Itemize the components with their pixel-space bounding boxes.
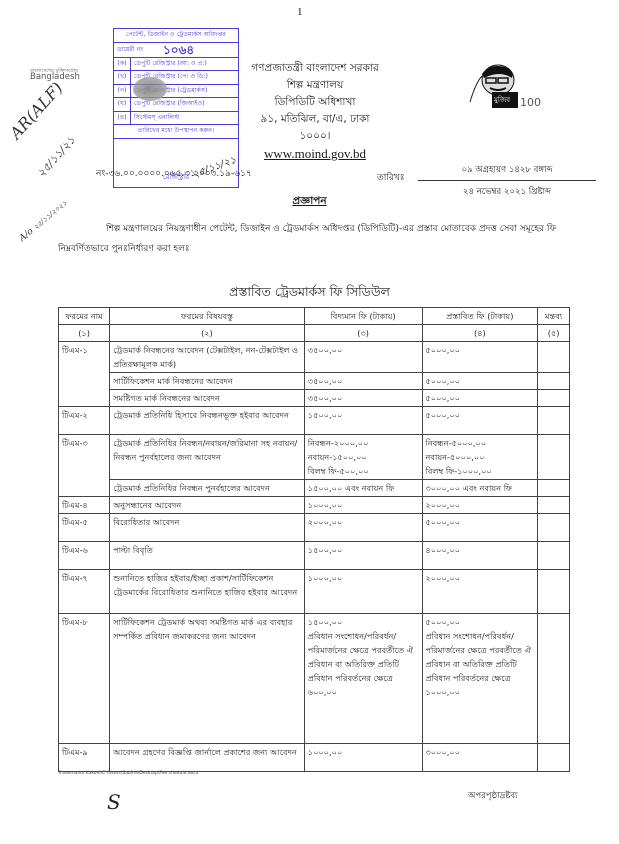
- cell-form-name: টিএম-৫: [59, 514, 110, 542]
- letterhead: গণপ্রজাতন্ত্রী বাংলাদেশ সরকার শিল্প মন্ত…: [250, 60, 380, 162]
- table-row: টিএম-৭শুনানিতে হাজির হইবার/ইচ্ছা প্রকাশ/…: [59, 570, 570, 614]
- cell-existing-fee: ৩৫০০,০০: [304, 390, 422, 407]
- cell-form-name: টিএম-৮: [59, 614, 110, 744]
- handwritten-note-ar: AR(ALF): [6, 78, 67, 142]
- mujib-borsho-logo: মুজিব 100: [460, 62, 560, 110]
- stamp-row: (ঙ)সিস্টেমস্ এনালিস্ট: [114, 112, 238, 126]
- cell-remarks: [538, 614, 570, 744]
- cell-proposed-fee: ২০০০,০০: [422, 497, 538, 514]
- page-number: 1: [297, 6, 303, 18]
- svg-text:100: 100: [520, 96, 541, 109]
- cell-remarks: [538, 570, 570, 614]
- col-header-subject: ফরমের বিষয়বস্তু: [110, 308, 305, 325]
- cell-remarks: [538, 342, 570, 373]
- stamp-diary-row: ডায়েরী নং ১০৬৪: [114, 43, 238, 58]
- table-row: সার্টিফিকেশন মার্ক নিবন্ধনের আবেদন৩৫০০,০…: [59, 373, 570, 390]
- col-number: (৫): [538, 325, 570, 342]
- col-header-form: ফরমের নাম: [59, 308, 110, 325]
- stamp-row: (ক)ডেপুটি রেজিস্ট্রার (আ: ও প্র:): [114, 58, 238, 72]
- table-row: টিএম-৯আবেদন গ্রহণের বিজ্ঞপ্তি জার্নালে প…: [59, 744, 570, 772]
- cell-remarks: [538, 542, 570, 570]
- cell-subject: বিরোধিতার আবেদন: [110, 514, 305, 542]
- cell-form-name: টিএম-৩: [59, 435, 110, 497]
- cell-subject: অনুসন্ধানের আবেদন: [110, 497, 305, 514]
- col-header-remarks: মন্তব্য: [538, 308, 570, 325]
- cell-proposed-fee: নিবন্ধন-৫০০০,০০ নবায়ন-৫০০০,০০ বিলম্ব ফি…: [422, 435, 538, 480]
- cell-existing-fee: ১৫০০,০০ এবং নবায়ন ফি: [304, 480, 422, 497]
- notification-title: প্রজ্ঞাপন: [0, 194, 619, 211]
- stamp-row-key: (ক): [114, 58, 131, 71]
- cell-proposed-fee: ৪০০০,০০: [422, 542, 538, 570]
- table-number-row: (১) (২) (৩) (৪) (৫): [59, 325, 570, 342]
- col-number: (৪): [422, 325, 538, 342]
- cell-existing-fee: ১০০০,০০: [304, 497, 422, 514]
- file-path: Trademarks Kakoni\C:\Users\Sabiha\Deskto…: [58, 771, 199, 776]
- round-seal-icon: [133, 77, 167, 101]
- cell-existing-fee: ১৫০০,০০: [304, 542, 422, 570]
- stamp-title-row: পেটেন্ট, ডিজাইন ও ট্রেডমার্কস অধিদপ্তর: [114, 29, 238, 43]
- col-number: (২): [110, 325, 305, 342]
- table-row: টিএম-৩ট্রেডমার্ক প্রতিনিধির নিবন্ধন/নবায…: [59, 435, 570, 480]
- table-row: টিএম-৬পাল্টা বিবৃতি১৫০০,০০৪০০০,০০: [59, 542, 570, 570]
- cell-existing-fee: ১৫০০,০০ প্রবিধান সংশোধন/পরিবর্ধন/ পরিমার…: [304, 614, 422, 744]
- stamp-instruction-row: তারিখের মধ্যে উপস্থাপন করুন।: [114, 125, 238, 139]
- cell-subject: সার্টিফিকেশন মার্ক নিবন্ধনের আবেদন: [110, 373, 305, 390]
- cell-form-name: টিএম-৪: [59, 497, 110, 514]
- cell-subject: শুনানিতে হাজির হইবার/ইচ্ছা প্রকাশ/সার্টি…: [110, 570, 305, 614]
- reference-number: নং-৩৬.০০.০০০০.০৬৫.৩১.০০৩.১৯-৬১৭: [96, 166, 252, 181]
- stamp-row-key: (গ): [114, 85, 131, 98]
- col-header-proposed-fee: প্রস্তাবিত ফি (টাকায়): [422, 308, 538, 325]
- cell-subject: সমষ্টিগত মার্ক নিবন্ধনের আবেদন: [110, 390, 305, 407]
- cell-form-name: টিএম-৬: [59, 542, 110, 570]
- table-row: ট্রেডমার্ক প্রতিনিধির নিবন্ধন পুনর্বহালে…: [59, 480, 570, 497]
- stamp-row: (ঘ)ডেপুটি রেজিস্ট্রার (জিআইও): [114, 98, 238, 112]
- stamp-row-key: (ঙ): [114, 112, 131, 125]
- handwritten-bottom-sign: S: [107, 790, 121, 814]
- cell-existing-fee: ২০০০,০০: [304, 514, 422, 542]
- cell-existing-fee: ১০০০,০০: [304, 744, 422, 772]
- cell-proposed-fee: ৩০০০,০০: [422, 744, 538, 772]
- cell-subject: পাল্টা বিবৃতি: [110, 542, 305, 570]
- cell-proposed-fee: ৫০০০,০০: [422, 390, 538, 407]
- logo-text-en: Bangladesh: [30, 74, 80, 80]
- cell-subject: ট্রেডমার্ক নিবন্ধনের আবেদন (টেক্সটাইল, ন…: [110, 342, 305, 373]
- bangladesh-logo: বাংলাদেশের মুক্তিসংগ্রাম Bangladesh: [30, 68, 80, 80]
- table-row: টিএম-৮সার্টিফিকেশন ট্রেডমার্ক অথবা সমষ্ট…: [59, 614, 570, 744]
- cell-subject: আবেদন গ্রহণের বিজ্ঞপ্তি জার্নালে প্রকাশে…: [110, 744, 305, 772]
- header-ministry: শিল্প মন্ত্রণালয়: [250, 77, 380, 94]
- stamp-instruction: তারিখের মধ্যে উপস্থাপন করুন।: [114, 125, 238, 138]
- cell-existing-fee: ৩৫০০,০০: [304, 342, 422, 373]
- stamp-row-key: (ঘ): [114, 98, 131, 111]
- cell-existing-fee: ১০০০,০০: [304, 570, 422, 614]
- cell-remarks: [538, 744, 570, 772]
- cell-remarks: [538, 480, 570, 497]
- col-header-existing-fee: বিদ্যমান ফি (টাকায়): [304, 308, 422, 325]
- cell-existing-fee: ৩৫০০,০০: [304, 373, 422, 390]
- table-row: টিএম-২ট্রেডমার্ক প্রতিনিধি হিসাবে নিবন্ধ…: [59, 407, 570, 435]
- cell-remarks: [538, 514, 570, 542]
- cell-subject: ট্রেডমার্ক প্রতিনিধি হিসাবে নিবন্ধনভূক্ত…: [110, 407, 305, 435]
- stamp-row: (খ)ডেপুটি রেজিস্ট্রার (পে: ও ডি:): [114, 71, 238, 85]
- cell-form-name: টিএম-১: [59, 342, 110, 407]
- cell-proposed-fee: ৫০০০,০০: [422, 342, 538, 373]
- col-number: (৩): [304, 325, 422, 342]
- cell-remarks: [538, 390, 570, 407]
- mujib-logo-text: মুজিব: [493, 96, 510, 104]
- cell-proposed-fee: ৫০০০,০০: [422, 373, 538, 390]
- cell-proposed-fee: ৫০০০,০০: [422, 407, 538, 435]
- cell-form-name: টিএম-৭: [59, 570, 110, 614]
- header-address: ৯১, মতিঝিল, বা/এ, ঢাকা ১০০০।: [250, 111, 380, 145]
- diary-label: ডায়েরী নং: [114, 43, 143, 57]
- diary-number: ১০৬৪: [143, 43, 194, 57]
- table-row: টিএম-৫বিরোধিতার আবেদন২০০০,০০৫০০০,০০: [59, 514, 570, 542]
- cell-remarks: [538, 373, 570, 390]
- cell-subject: ট্রেডমার্ক প্রতিনিধির নিবন্ধন/নবায়ন/জরি…: [110, 435, 305, 480]
- cell-remarks: [538, 497, 570, 514]
- stamp-row-value: ডেপুটি রেজিস্ট্রার (আ: ও প্র:): [131, 58, 207, 71]
- header-wing: ডিপিডিটি অধিশাখা: [250, 94, 380, 111]
- table-row: টিএম-৪অনুসন্ধানের আবেদন১০০০,০০২০০০,০০: [59, 497, 570, 514]
- stamp-row-value: সিস্টেমস্ এনালিস্ট: [131, 112, 180, 125]
- cell-existing-fee: নিবন্ধন-২০০০,০০ নবায়ন-১৫০০,০০ বিলম্ব ফি…: [304, 435, 422, 480]
- handwritten-date-1: ২৫/১১/২১: [33, 132, 81, 182]
- cell-proposed-fee: ৫০০০,০০ প্রবিধান সংশোধন/পরিবর্ধন/ পরিমার…: [422, 614, 538, 744]
- date-label: তারিখঃ: [377, 170, 405, 185]
- table-row: সমষ্টিগত মার্ক নিবন্ধনের আবেদন৩৫০০,০০৫০০…: [59, 390, 570, 407]
- cell-form-name: টিএম-২: [59, 407, 110, 435]
- cell-subject: ট্রেডমার্ক প্রতিনিধির নিবন্ধন পুনর্বহালে…: [110, 480, 305, 497]
- stamp-row-key: (খ): [114, 71, 131, 84]
- cell-proposed-fee: ২০০০,০০: [422, 570, 538, 614]
- table-row: টিএম-১ট্রেডমার্ক নিবন্ধনের আবেদন (টেক্সট…: [59, 342, 570, 373]
- col-number: (১): [59, 325, 110, 342]
- continued-overleaf: অপরপৃষ্ঠাদ্রষ্টব্য: [468, 789, 518, 803]
- header-govt: গণপ্রজাতন্ত্রী বাংলাদেশ সরকার: [250, 60, 380, 77]
- cell-proposed-fee: ৫০০০,০০: [422, 514, 538, 542]
- cell-existing-fee: ১৫০০,০০: [304, 407, 422, 435]
- fee-schedule-table: ফরমের নাম ফরমের বিষয়বস্তু বিদ্যমান ফি (…: [58, 307, 570, 772]
- notification-body: শিল্প মন্ত্রণালয়ের নিয়ন্ত্রণাধীন পেটেন…: [58, 219, 598, 259]
- cell-form-name: টিএম-৯: [59, 744, 110, 772]
- cell-proposed-fee: ৩০০০,০০ এবং নবায়ন ফি: [422, 480, 538, 497]
- date-bangla: ০৯ অগ্রহায়ণ ১৪২৮ বঙ্গাব্দ: [418, 163, 596, 181]
- cell-subject: সার্টিফিকেশন ট্রেডমার্ক অথবা সমষ্টিগত মা…: [110, 614, 305, 744]
- schedule-title: প্রস্তাবিত ট্রেডমার্কস ফি সিডিউল: [0, 284, 619, 304]
- stamp-title: পেটেন্ট, ডিজাইন ও ট্রেডমার্কস অধিদপ্তর: [114, 29, 238, 42]
- header-url[interactable]: www.moind.gov.bd: [250, 145, 380, 162]
- table-header-row: ফরমের নাম ফরমের বিষয়বস্তু বিদ্যমান ফি (…: [59, 308, 570, 325]
- cell-remarks: [538, 407, 570, 435]
- cell-remarks: [538, 435, 570, 480]
